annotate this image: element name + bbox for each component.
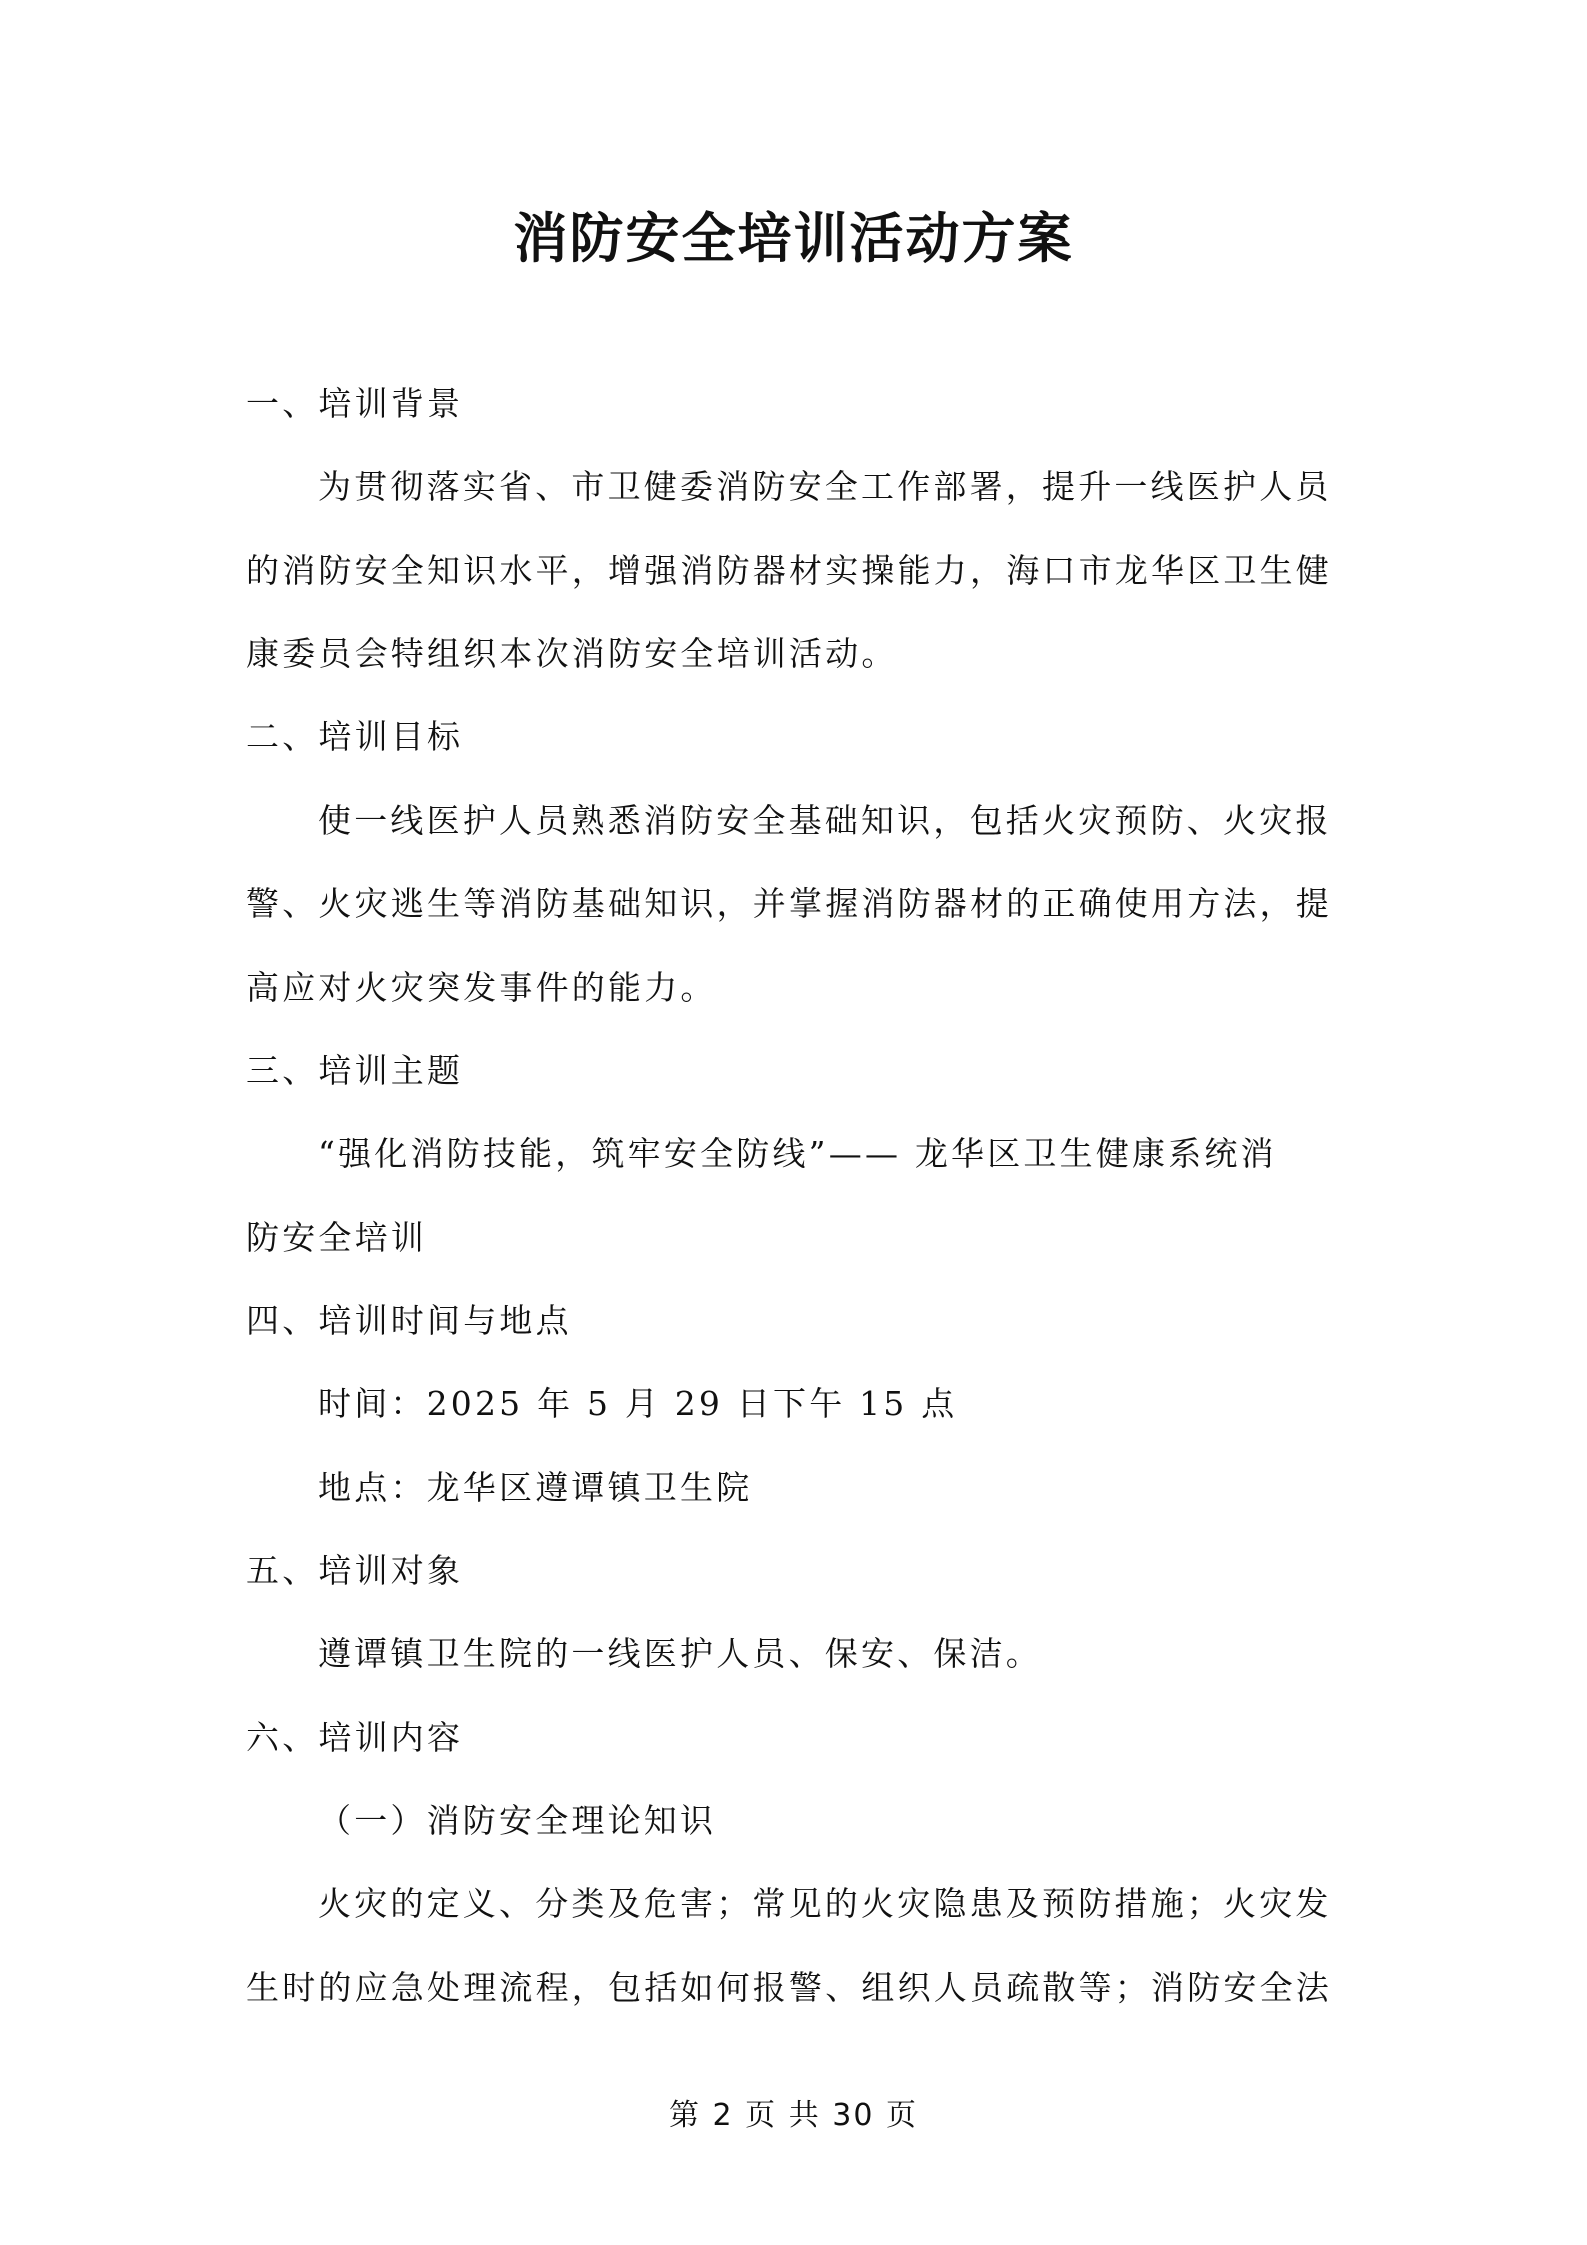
section-heading-time-place: 四、培训时间与地点 xyxy=(246,1295,572,1342)
paragraph-line: 高应对火灾突发事件的能力。 xyxy=(246,962,717,1009)
subsection-heading: （一）消防安全理论知识 xyxy=(318,1795,716,1842)
paragraph-line: 警、火灾逃生等消防基础知识，并掌握消防器材的正确使用方法，提 xyxy=(246,878,1332,925)
section-heading-goals: 二、培训目标 xyxy=(246,711,463,758)
section-heading-theme: 三、培训主题 xyxy=(246,1045,463,1092)
page-number-footer: 第 2 页 共 30 页 xyxy=(0,2090,1587,2134)
paragraph-line: “强化消防技能，筑牢安全防线”—— 龙华区卫生健康系统消 xyxy=(318,1128,1277,1175)
paragraph-line: 使一线医护人员熟悉消防安全基础知识，包括火灾预防、火灾报 xyxy=(318,795,1332,842)
paragraph-line: 的消防安全知识水平，增强消防器材实操能力，海口市龙华区卫生健 xyxy=(246,545,1332,592)
section-heading-audience: 五、培训对象 xyxy=(246,1545,463,1592)
paragraph-line: 为贯彻落实省、市卫健委消防安全工作部署，提升一线医护人员 xyxy=(318,461,1332,508)
paragraph-line: 遵谭镇卫生院的一线医护人员、保安、保洁。 xyxy=(318,1628,1042,1675)
paragraph-line: 康委员会特组织本次消防安全培训活动。 xyxy=(246,628,898,675)
section-heading-content: 六、培训内容 xyxy=(246,1712,463,1759)
paragraph-line-time: 时间：2025 年 5 月 29 日下午 15 点 xyxy=(318,1378,957,1425)
paragraph-line: 火灾的定义、分类及危害；常见的火灾隐患及预防措施；火灾发 xyxy=(318,1878,1332,1925)
paragraph-line: 防安全培训 xyxy=(246,1212,427,1259)
paragraph-line-place: 地点：龙华区遵谭镇卫生院 xyxy=(318,1462,752,1509)
section-heading-background: 一、培训背景 xyxy=(246,378,463,425)
document-title: 消防安全培训活动方案 xyxy=(0,196,1587,273)
paragraph-line: 生时的应急处理流程，包括如何报警、组织人员疏散等；消防安全法 xyxy=(246,1962,1332,2009)
